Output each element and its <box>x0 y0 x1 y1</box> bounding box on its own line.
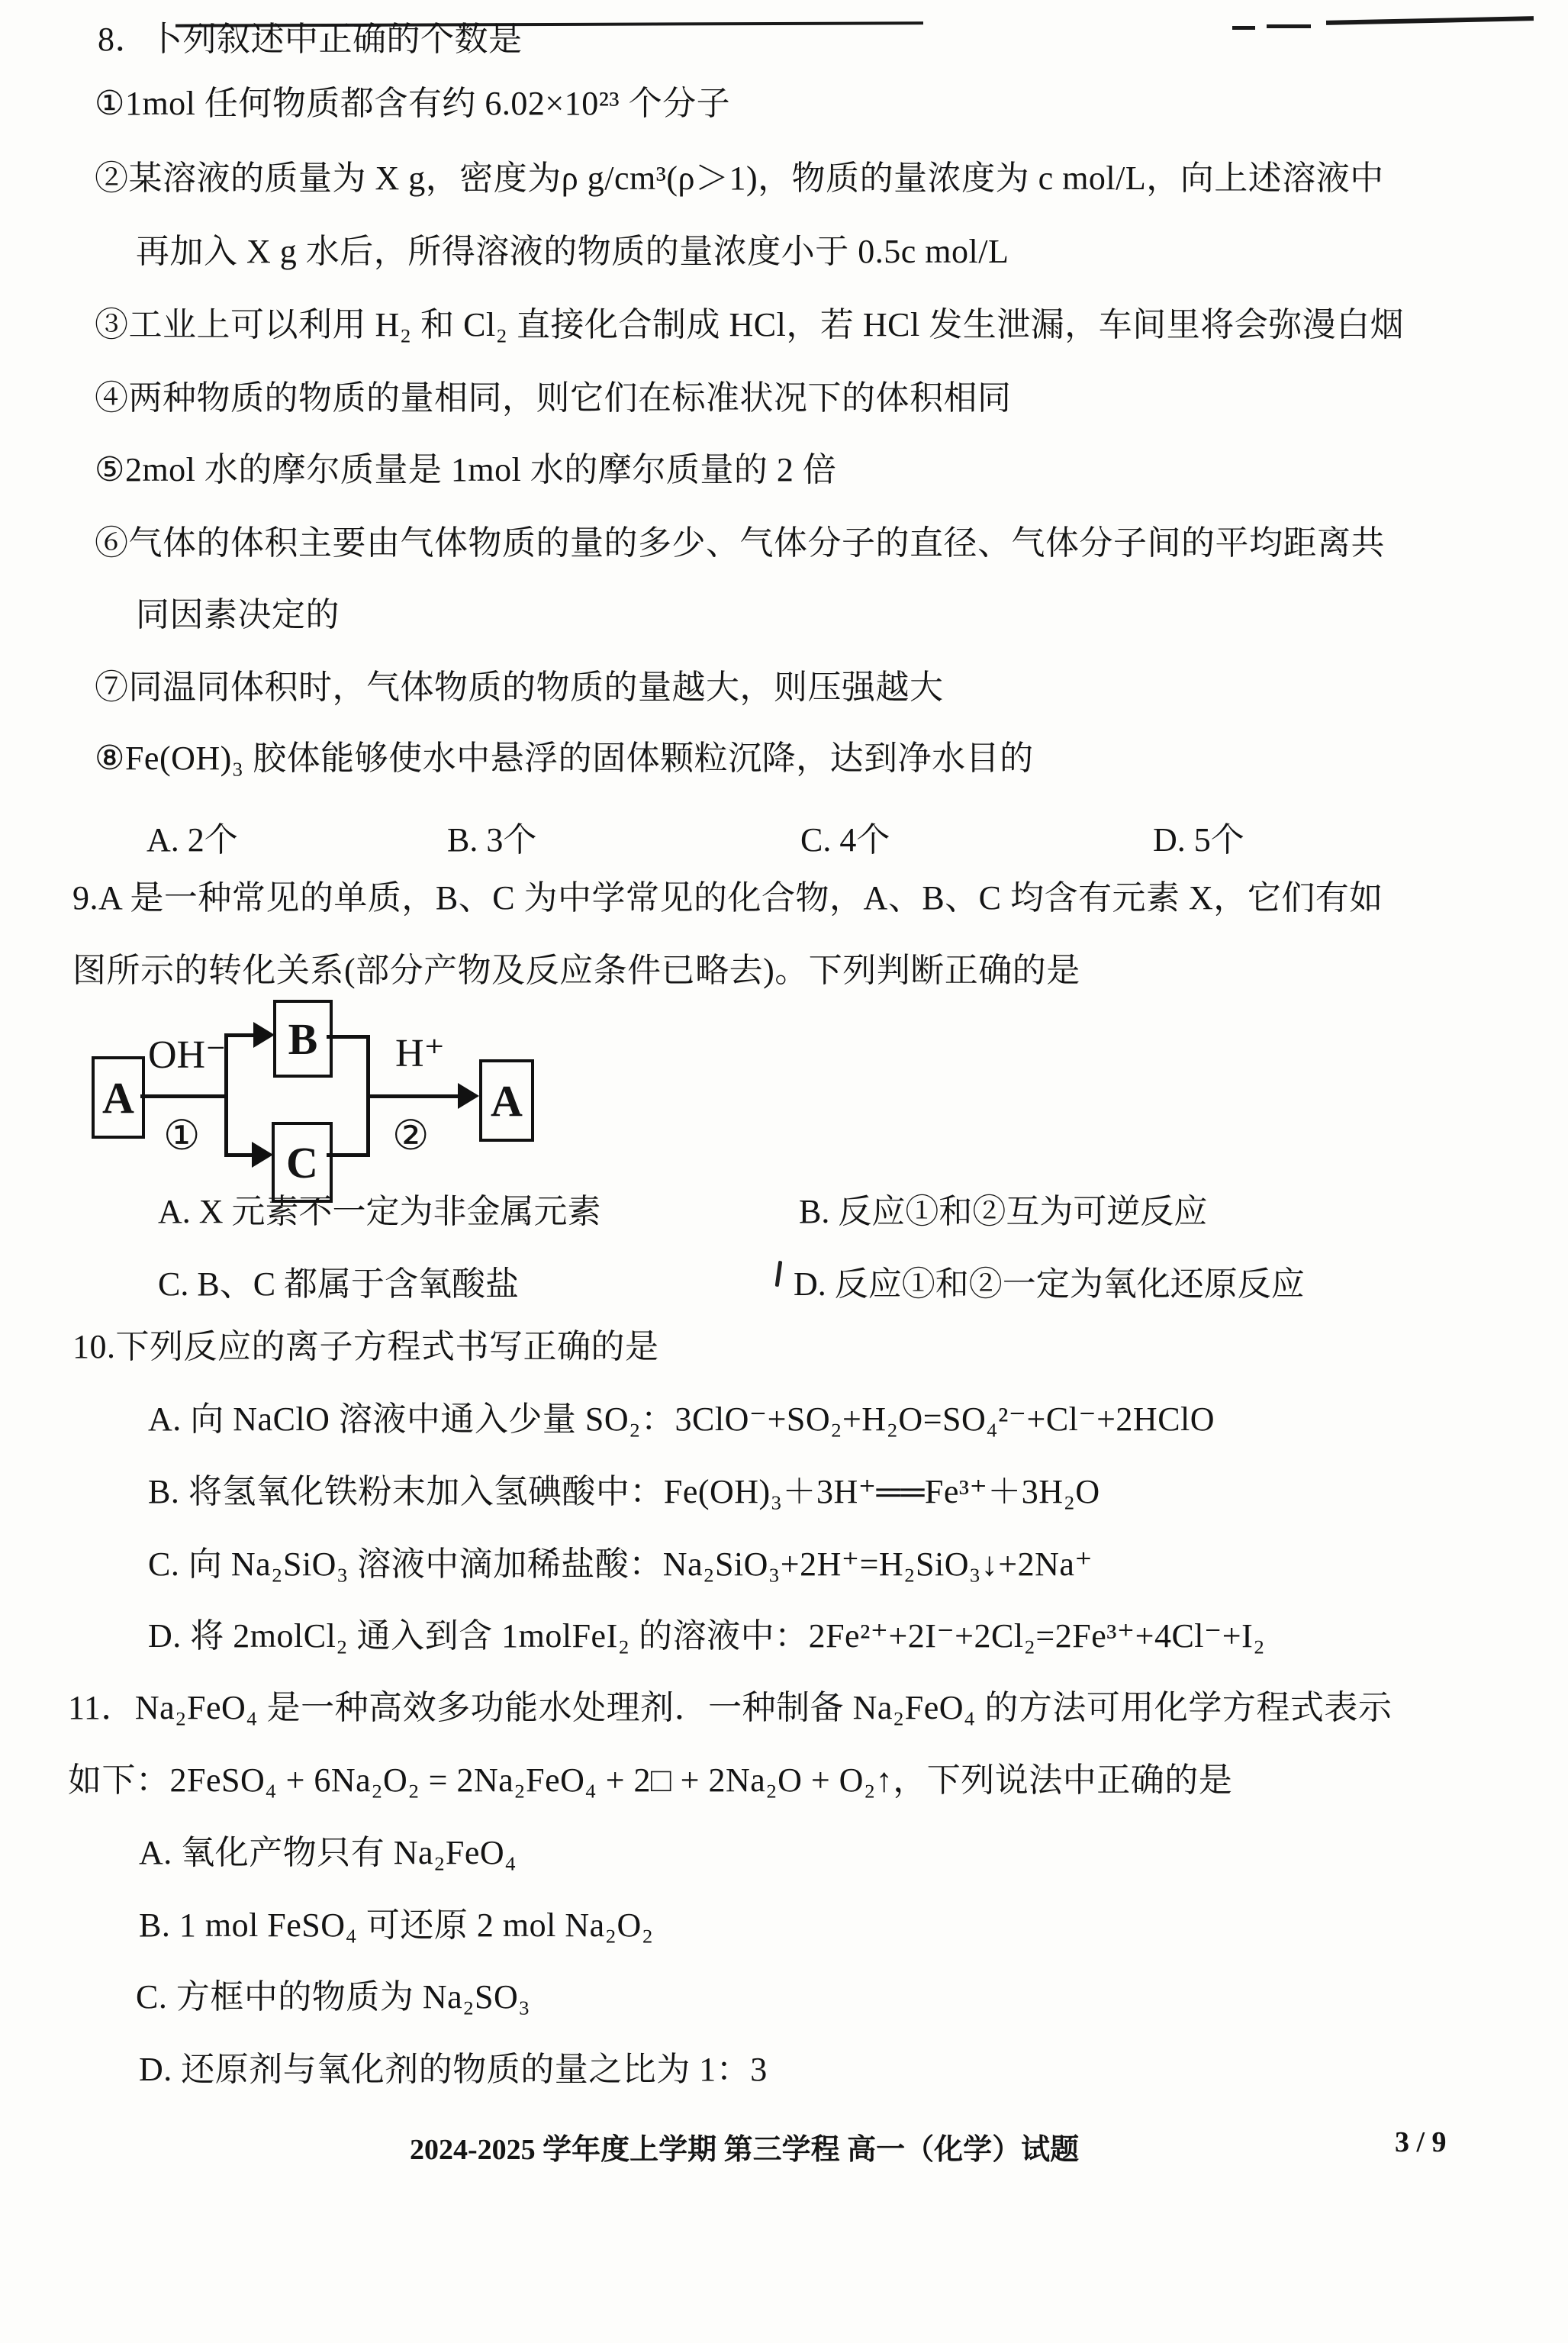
q8-option-c: C. 4个 <box>800 812 890 861</box>
q8-statement-6-continued: 同因素决定的 <box>136 597 340 633</box>
diagram-reagent-h-label: H⁺ <box>395 1030 445 1076</box>
q10-option-c: C. 向 Na₂SiO₃ 溶液中滴加稀盐酸：Na₂SiO₃+2H⁺=H₂SiO₃… <box>148 1546 1093 1583</box>
diagram-line-c-right <box>327 1153 369 1157</box>
q8-option-d: D. 5个 <box>1153 812 1244 861</box>
q9-text-line-2: 图所示的转化关系(部分产物及反应条件已略去)。下列判断正确的是 <box>72 952 1080 989</box>
q8-statement-7: ⑦同温同体积时，气体物质的物质的量越大，则压强越大 <box>95 669 944 706</box>
diagram-line-to-a-right <box>366 1094 459 1098</box>
scan-line-top-right <box>1326 16 1534 25</box>
q11-equation-line: 如下：2FeSO₄ + 6Na₂O₂ = 2Na₂FeO₄ + 2□ + 2Na… <box>68 1762 1232 1799</box>
diagram-line-b-right <box>327 1035 369 1039</box>
q8-statement-5: ⑤2mol 水的摩尔质量是 1mol 水的摩尔质量的 2 倍 <box>95 452 836 488</box>
q11-option-c: C. 方框中的物质为 Na₂SO₃ <box>136 1979 530 2016</box>
diagram-arrowhead-to-c <box>252 1142 273 1168</box>
q8-statement-2: ②某溶液的质量为 X g，密度为ρ g/cm³(ρ＞1)，物质的量浓度为 c m… <box>95 160 1384 197</box>
q10-option-a: A. 向 NaClO 溶液中通入少量 SO₂：3ClO⁻+SO₂+H₂O=SO₄… <box>148 1401 1215 1438</box>
diagram-box-a-right: A <box>479 1059 534 1142</box>
pen-mark-artifact <box>775 1261 783 1287</box>
q9-option-a: A. X 元素不一定为非金属元素 <box>158 1184 601 1233</box>
diagram-step-1-label: ① <box>163 1111 200 1159</box>
diagram-branch-top <box>224 1033 255 1037</box>
q9-option-d: D. 反应①和②一定为氧化还原反应 <box>794 1256 1305 1305</box>
q9-option-c: C. B、C 都属于含氧酸盐 <box>158 1256 519 1305</box>
diagram-step-2-label: ② <box>392 1111 429 1159</box>
q8-statement-4: ④两种物质的物质的量相同，则它们在标准状况下的体积相同 <box>95 380 1012 417</box>
footer-page-number: 3 / 9 <box>1395 2125 1447 2159</box>
diagram-arrowhead-to-b <box>253 1022 275 1048</box>
q9-text-line-1: 9.A 是一种常见的单质，B、C 为中学常见的化合物，A、B、C 均含有元素 X… <box>72 880 1383 917</box>
exam-paper-page: 8．卜列叙述中正确的个数是 ①1mol 任何物质都含有约 6.02×10²³ 个… <box>0 0 1568 2343</box>
q10-option-d: D. 将 2molCl₂ 通入到含 1molFeI₂ 的溶液中：2Fe²⁺+2I… <box>148 1618 1265 1655</box>
diagram-box-b: B <box>273 1000 333 1078</box>
q8-statement-1: ①1mol 任何物质都含有约 6.02×10²³ 个分子 <box>95 85 730 122</box>
q10-header: 10.下列反应的离子方程式书写正确的是 <box>72 1329 659 1365</box>
q8-option-b: B. 3个 <box>447 812 536 861</box>
q8-option-a: A. 2个 <box>146 812 238 861</box>
scan-dash-1 <box>1232 26 1255 30</box>
q11-option-a: A. 氧化产物只有 Na₂FeO₄ <box>139 1835 517 1871</box>
q8-statement-2-continued: 再加入 X g 水后，所得溶液的物质的量浓度小于 0.5c mol/L <box>136 234 1009 270</box>
diagram-split-vertical <box>224 1033 228 1157</box>
diagram-reagent-oh-label: OH⁻ <box>148 1032 227 1078</box>
q10-option-b: B. 将氢氧化铁粉末加入氢碘酸中：Fe(OH)₃＋3H⁺══Fe³⁺＋3H₂O <box>148 1474 1100 1510</box>
q8-statement-3: ③工业上可以利用 H₂ 和 Cl₂ 直接化合制成 HCl，若 HCl 发生泄漏，… <box>95 307 1404 343</box>
q11-option-b: B. 1 mol FeSO₄ 可还原 2 mol Na₂O₂ <box>139 1907 654 1944</box>
diagram-line-a-to-split <box>140 1094 227 1098</box>
q11-text-line-1: 11．Na₂FeO₄ 是一种高效多功能水处理剂．一种制备 Na₂FeO₄ 的方法… <box>68 1690 1392 1726</box>
q8-statement-8: ⑧Fe(OH)₃ 胶体能够使水中悬浮的固体颗粒沉降，达到净水目的 <box>95 740 1034 777</box>
q8-statement-6: ⑥气体的体积主要由气体物质的量的多少、气体分子的直径、气体分子间的平均距离共 <box>95 525 1385 562</box>
footer-title: 2024-2025 学年度上学期 第三学程 高一（化学）试题 <box>410 2125 1079 2167</box>
q9-option-b: B. 反应①和②互为可逆反应 <box>799 1184 1207 1233</box>
diagram-branch-bottom <box>224 1153 253 1157</box>
scan-dash-2 <box>1267 24 1311 28</box>
q11-option-d: D. 还原剂与氧化剂的物质的量之比为 1：3 <box>139 2051 768 2088</box>
q8-header: 8．卜列叙述中正确的个数是 <box>98 21 523 58</box>
diagram-arrowhead-to-a-right <box>458 1083 479 1109</box>
diagram-box-a-left: A <box>92 1056 145 1139</box>
